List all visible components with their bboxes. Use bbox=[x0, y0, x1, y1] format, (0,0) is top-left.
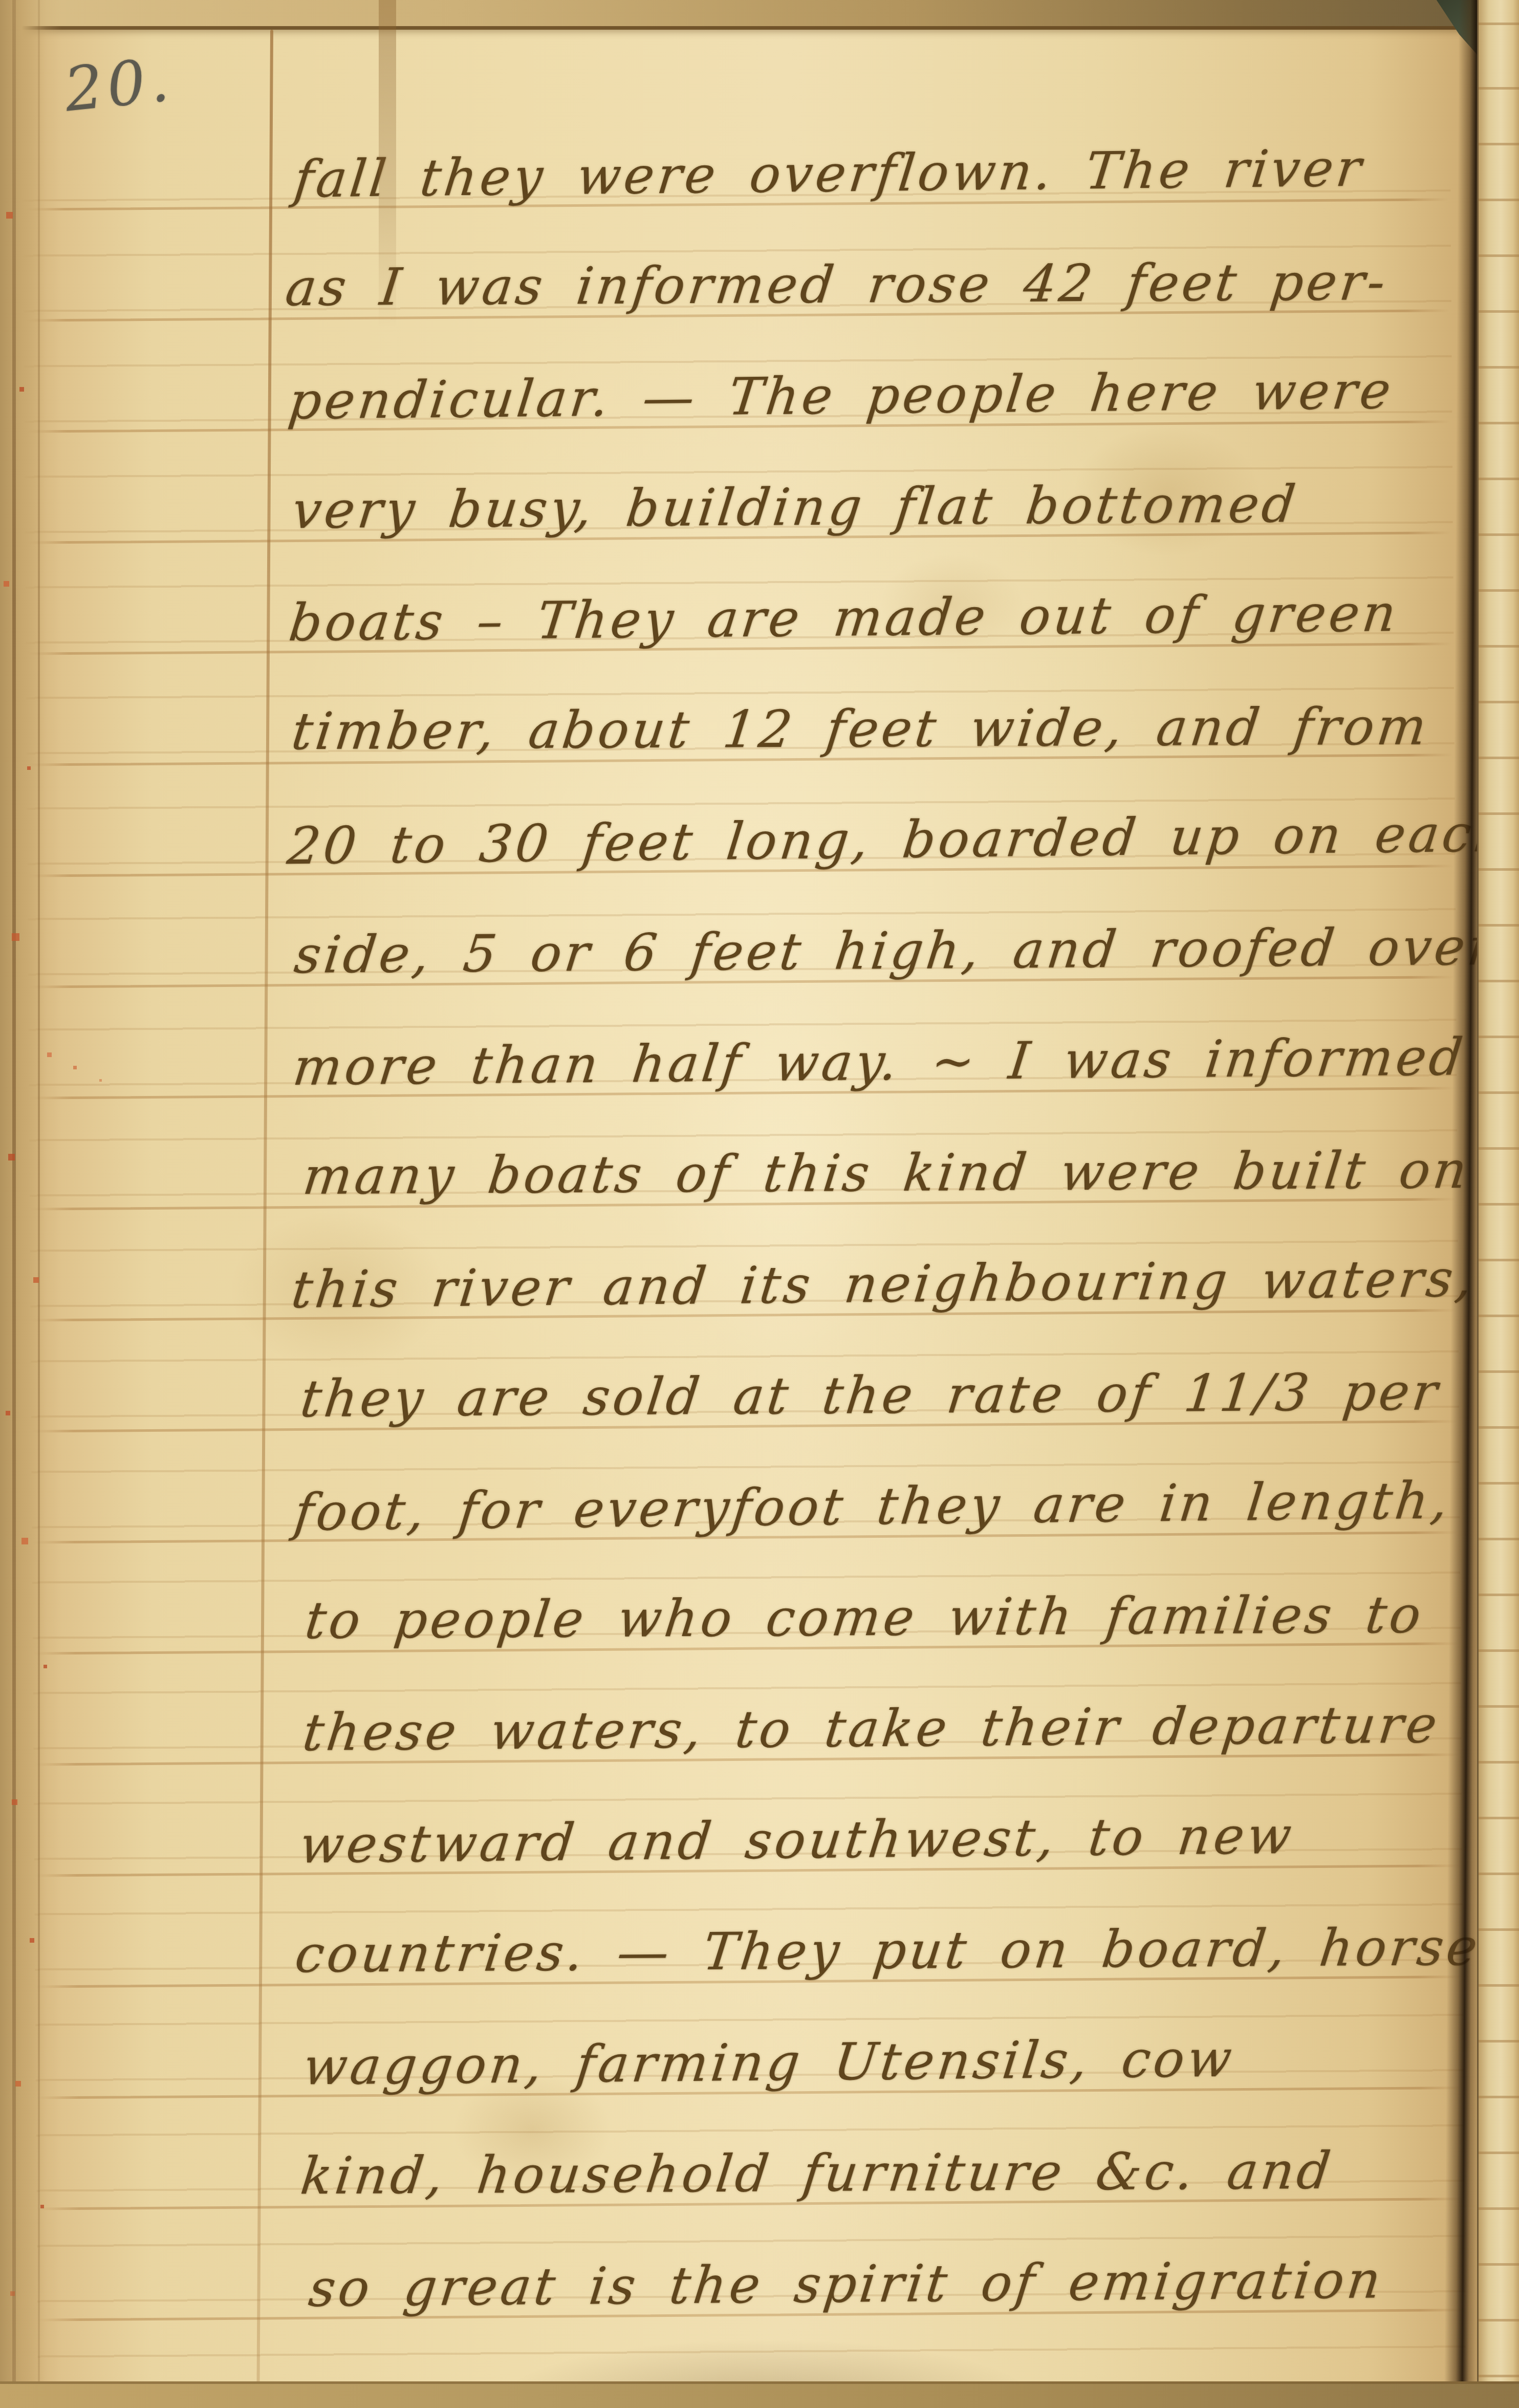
top-fold-stain bbox=[379, 0, 396, 328]
manuscript-line-text: to people who come with families to bbox=[299, 1559, 1430, 1676]
manuscript-line-text: kind, household furniture &c. and bbox=[295, 2115, 1340, 2232]
manuscript-line-text: pendicular. — The people here were bbox=[283, 335, 1400, 457]
writing-area: fall they were overflown. The riveras I … bbox=[0, 0, 1519, 2408]
page-top-edge bbox=[0, 0, 1519, 30]
manuscript-line-text: foot, for everyfoot they are in length, bbox=[288, 1445, 1457, 1568]
manuscript-line-text: westward and southwest, to new bbox=[294, 1780, 1300, 1901]
binding-gutter bbox=[0, 0, 61, 2408]
manuscript-line-text: timber, about 12 feet wide, and from bbox=[286, 671, 1436, 787]
manuscript-line: foot, for everyfoot they are in length, bbox=[287, 1445, 1444, 1568]
manuscript-line: fall they were overflown. The river bbox=[287, 113, 1358, 235]
manuscript-line: pendicular. — The people here were bbox=[281, 335, 1387, 457]
manuscript-line-text: very busy, building flat bottomed bbox=[286, 448, 1305, 566]
manuscript-line-text: waggon, farming Utensils, cow bbox=[297, 2003, 1241, 2122]
manuscript-page-scan: fall they were overflown. The riveras I … bbox=[0, 0, 1519, 2408]
manuscript-line-text: more than half way. ~ I was informed bbox=[287, 1001, 1471, 1123]
next-page-edge bbox=[1477, 0, 1519, 2408]
manuscript-line: as I was informed rose 42 feet per- bbox=[279, 226, 1381, 343]
manuscript-line-text: boats – They are made out of green bbox=[283, 557, 1405, 678]
manuscript-line-text: so great is the spirit of emigration bbox=[303, 2224, 1390, 2344]
manuscript-line-text: side, 5 or 6 feet high, and roofed over bbox=[288, 891, 1502, 1010]
manuscript-line: to people who come with families to bbox=[298, 1559, 1417, 1676]
manuscript-line: this river and its neighbouring waters, bbox=[285, 1223, 1469, 1345]
manuscript-line: westward and southwest, to new bbox=[293, 1780, 1288, 1901]
manuscript-line: boats – They are made out of green bbox=[282, 557, 1392, 678]
page-bottom-edge bbox=[0, 2381, 1519, 2408]
manuscript-line-text: countries. — They put on board, horses, bbox=[289, 1891, 1519, 2010]
manuscript-line-text: as I was informed rose 42 feet per- bbox=[279, 226, 1394, 343]
binding-red-speckles bbox=[0, 0, 1, 1]
next-page-ruled-lines bbox=[1479, 0, 1519, 2408]
manuscript-line-text: they are sold at the rate of 11/3 per bbox=[294, 1336, 1446, 1454]
manuscript-line: so great is the spirit of emigration bbox=[302, 2224, 1377, 2343]
manuscript-line-text: many boats of this kind were built on bbox=[297, 1114, 1476, 1232]
manuscript-line-text: these waters, to take their departure bbox=[297, 1669, 1446, 1788]
manuscript-line: countries. — They put on board, horses, bbox=[289, 1891, 1519, 2010]
manuscript-line: timber, about 12 feet wide, and from bbox=[285, 671, 1422, 787]
gutter-crease-line-2 bbox=[38, 0, 40, 2408]
manuscript-line: 20 to 30 feet long, boarded up on each bbox=[280, 778, 1504, 901]
manuscript-line: side, 5 or 6 feet high, and roofed over bbox=[288, 891, 1489, 1010]
manuscript-line-text: 20 to 30 feet long, boarded up on each bbox=[281, 778, 1516, 901]
manuscript-line: kind, household furniture &c. and bbox=[294, 2115, 1327, 2232]
manuscript-line: these waters, to take their departure bbox=[296, 1669, 1433, 1788]
manuscript-line-text: this river and its neighbouring waters, bbox=[286, 1223, 1481, 1345]
manuscript-line: they are sold at the rate of 11/3 per bbox=[294, 1336, 1434, 1454]
manuscript-line: waggon, farming Utensils, cow bbox=[296, 2003, 1228, 2122]
manuscript-line: very busy, building flat bottomed bbox=[286, 448, 1292, 566]
gutter-crease-line bbox=[12, 0, 16, 2408]
page-number-pencil: 20. bbox=[61, 44, 176, 125]
manuscript-line-text: fall they were overflown. The river bbox=[288, 113, 1370, 235]
manuscript-line: many boats of this kind were built on bbox=[296, 1114, 1463, 1232]
manuscript-line: more than half way. ~ I was informed bbox=[286, 1001, 1459, 1123]
